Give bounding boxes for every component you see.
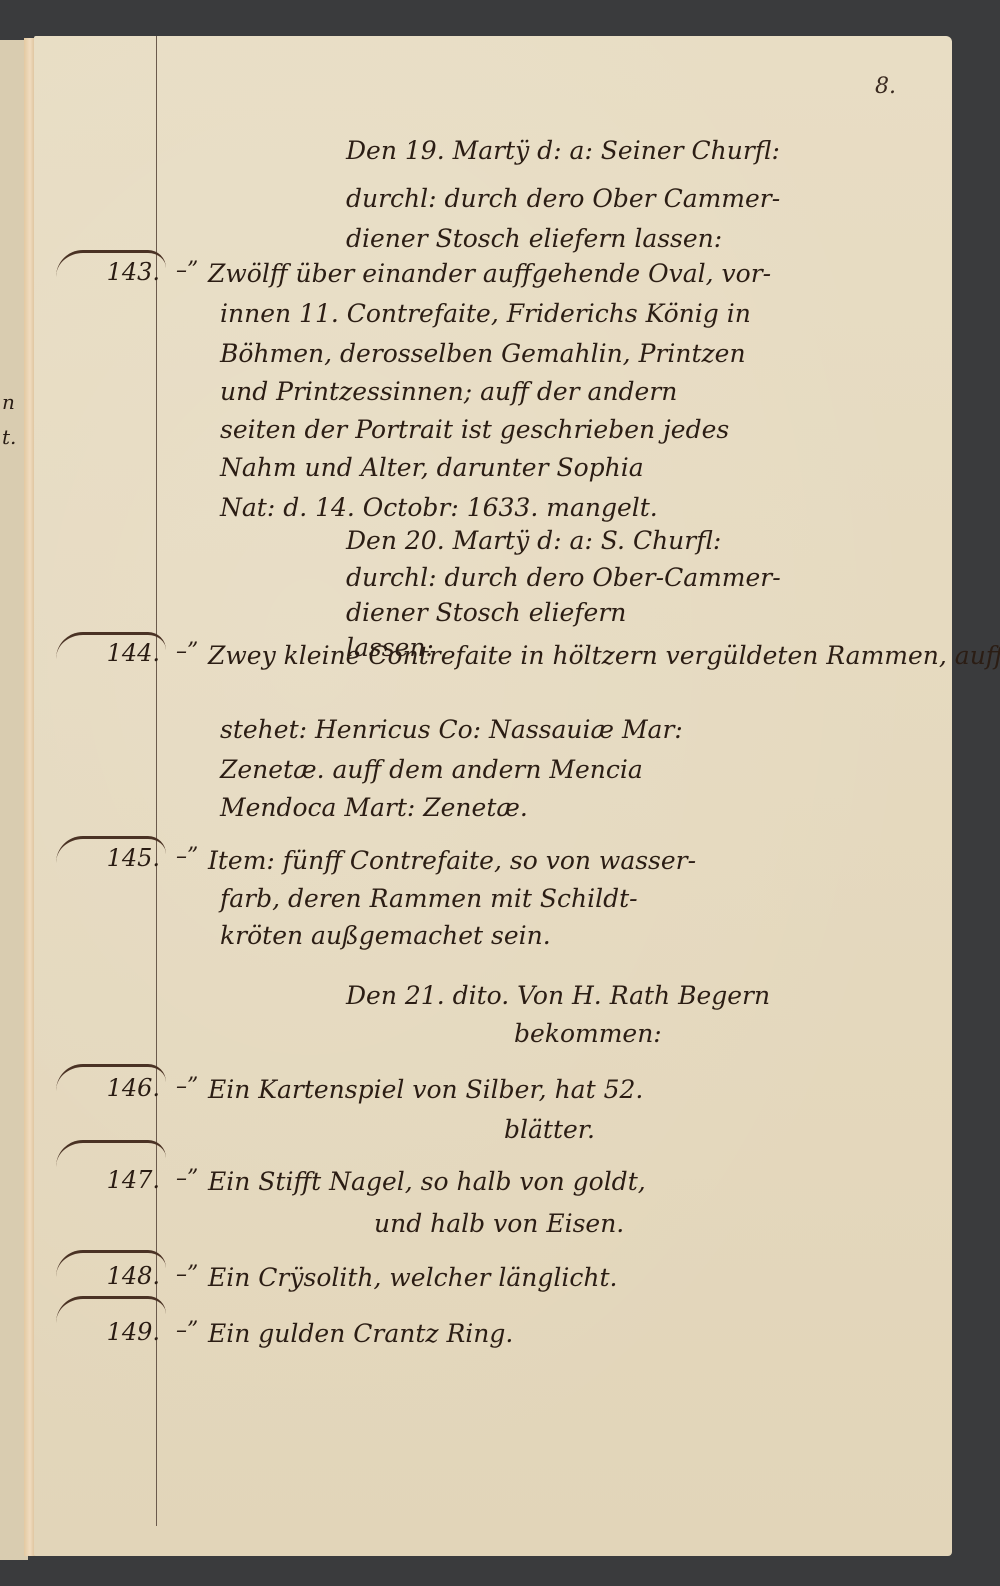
section-heading-line: diener Stosch eliefern lassen: [346,219,722,258]
section-heading-line: diener Stosch eliefern [346,593,626,632]
number-swash [56,1140,166,1167]
entry-line: Nahm und Alter, darunter Sophia [220,448,644,487]
entry-number: 147. [90,1166,160,1194]
entry-line: Zwölff über einander auffgehende Oval, v… [208,254,771,293]
previous-page-fragment: n [2,390,15,414]
entry-number: 148. [90,1262,160,1290]
entry-line: Ein Kartenspiel von Silber, hat 52. [208,1070,643,1109]
entry-line: Item: fünff Contrefaite, so von wasser- [208,841,696,880]
entry-line: und Printzessinnen; auff der andern [220,372,677,411]
entry-marker: –” [176,639,198,664]
entry-marker: –” [176,1318,198,1343]
entry-marker: –” [176,1166,198,1191]
entry-line: Ein Stifft Nagel, so halb von goldt, [208,1162,646,1201]
entry-number: 146. [90,1074,160,1102]
entry-number: 149. [90,1318,160,1346]
entry-line: farb, deren Rammen mit Schildt- [220,879,638,918]
entry-line: innen 11. Contrefaite, Friderichs König … [220,294,751,333]
entry-line: Böhmen, derosselben Gemahlin, Printzen [220,334,746,373]
section-heading-line: bekommen: [514,1014,662,1053]
entry-line: Mendoca Mart: Zenetæ. [220,788,528,827]
section-heading-line: durchl: durch dero Ober Cammer- [346,179,780,218]
entry-line: und halb von Eisen. [374,1204,624,1243]
section-heading-line: Den 20. Martÿ d: a: S. Churfl: [346,521,721,560]
entry-line: stehet: Henricus Co: Nassauiæ Mar: [220,710,683,749]
entry-marker: –” [176,1262,198,1287]
section-heading-line: durchl: durch dero Ober-Cammer- [346,558,781,597]
section-heading-line: Den 21. dito. Von H. Rath Begern [346,976,770,1015]
entry-marker: –” [176,258,198,283]
entry-line: Zwey kleine Contrefaite in höltzern verg… [208,636,1000,675]
manuscript-page: 8. Den 19. Martÿ d: a: Seiner Churfl: du… [34,36,952,1556]
entry-number: 145. [90,844,160,872]
folio-number: 8. [875,74,896,99]
entry-number: 143. [90,258,160,286]
entry-line: kröten außgemachet sein. [220,916,551,955]
section-heading-line: Den 19. Martÿ d: a: Seiner Churfl: [346,131,780,170]
entry-line: seiten der Portrait ist geschrieben jede… [220,410,729,449]
entry-number: 144. [90,639,160,667]
entry-marker: –” [176,1074,198,1099]
entry-line: Zenetæ. auff dem andern Mencia [220,750,643,789]
entry-line: blätter. [504,1110,595,1149]
entry-marker: –” [176,844,198,869]
previous-page-fragment: t. [2,425,16,449]
entry-line: Ein gulden Crantz Ring. [208,1314,513,1353]
entry-line: Ein Crÿsolith, welcher länglicht. [208,1258,618,1297]
